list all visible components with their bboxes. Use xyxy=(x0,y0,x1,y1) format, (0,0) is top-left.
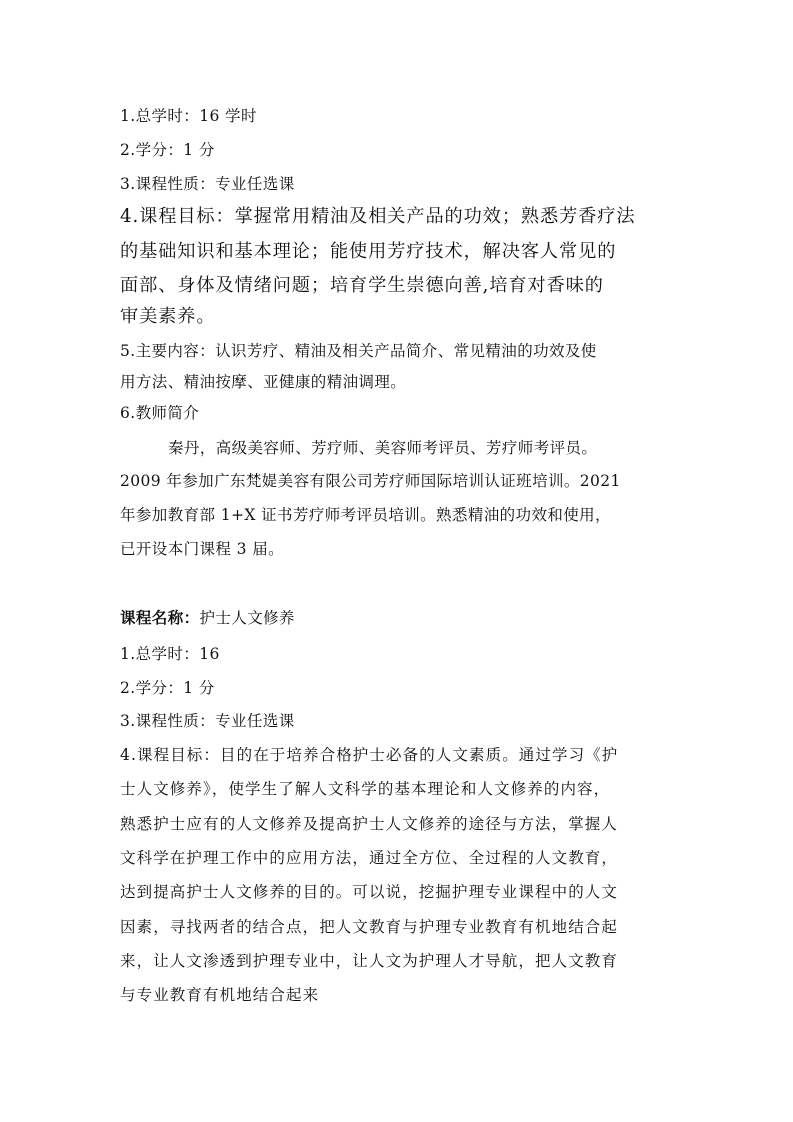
course2-goal-line-2: 士人文修养》，使学生了解人文科学的基本理论和人文修养的内容， xyxy=(120,782,610,798)
course2-goal-line-1: 4.课程目标：目的在于培养合格护士必备的人文素质。通过学习《护 xyxy=(120,748,618,764)
course1-content-line-2: 用方法、精油按摩、亚健康的精油调理。 xyxy=(120,375,406,391)
course1-teacher-line-3: 年参加教育部 1+X 证书芳疗师考评员培训。熟悉精油的功效和使用， xyxy=(120,508,611,524)
course2-credits: 2.学分：1 分 xyxy=(120,681,215,697)
course1-content-line-1: 5.主要内容：认识芳疗、精油及相关产品简介、常见精油的功效及使 xyxy=(120,344,597,360)
course2-goal-line-5: 达到提高护士人文修养的目的。可以说，挖掘护理专业课程中的人文 xyxy=(120,885,618,901)
course1-teacher-line-1: 秦丹，高级美容师、芳疗师、美容师考评员、芳疗师考评员。 xyxy=(168,441,597,457)
course2-goal-line-3: 熟悉护士应有的人文修养及提高护士人文修养的途径与方法，掌握人 xyxy=(120,817,618,833)
course2-goal-line-4: 文科学在护理工作中的应用方法，通过全方位、全过程的人文教育， xyxy=(120,851,618,867)
course1-credits: 2.学分：1 分 xyxy=(120,143,215,159)
course2-total-hours: 1.总学时：16 xyxy=(120,647,220,663)
course1-goal-line-3: 面部、身体及情绪问题；培育学生崇德向善,培育对香味的 xyxy=(120,277,604,295)
course2-goal-line-8: 与专业教育有机地结合起来 xyxy=(120,988,319,1004)
course1-total-hours: 1.总学时：16 学时 xyxy=(120,109,257,125)
course2-title: 课程名称：护士人文修养 xyxy=(120,611,295,627)
course1-goal-line-1: 4.课程目标：掌握常用精油及相关产品的功效；熟悉芳香疗法 xyxy=(120,208,635,226)
course1-goal-line-4: 审美素养。 xyxy=(120,308,215,326)
course1-nature: 3.课程性质：专业任选课 xyxy=(120,177,295,193)
course1-teacher-line-4: 已开设本门课程 3 届。 xyxy=(120,542,284,558)
course2-name-label: 课程名称： xyxy=(120,609,200,627)
course1-teacher-line-2: 2009 年参加广东梵媞美容有限公司芳疗师国际培训认证班培训。2021 xyxy=(120,474,621,490)
course2-goal-line-6: 因素，寻找两者的结合点，把人文教育与护理专业教育有机地结合起 xyxy=(120,920,618,936)
course2-name-value: 护士人文修养 xyxy=(200,609,295,627)
course1-goal-line-2: 的基础知识和基本理论；能使用芳疗技术，解决客人常见的 xyxy=(120,243,616,261)
course2-goal-line-7: 来，让人文渗透到护理专业中，让人文为护理人才导航，把人文教育 xyxy=(120,954,618,970)
course1-teacher-heading: 6.教师简介 xyxy=(120,406,199,422)
course2-nature: 3.课程性质：专业任选课 xyxy=(120,714,295,730)
document-page: 1.总学时：16 学时 2.学分：1 分 3.课程性质：专业任选课 4.课程目标… xyxy=(0,0,793,1122)
